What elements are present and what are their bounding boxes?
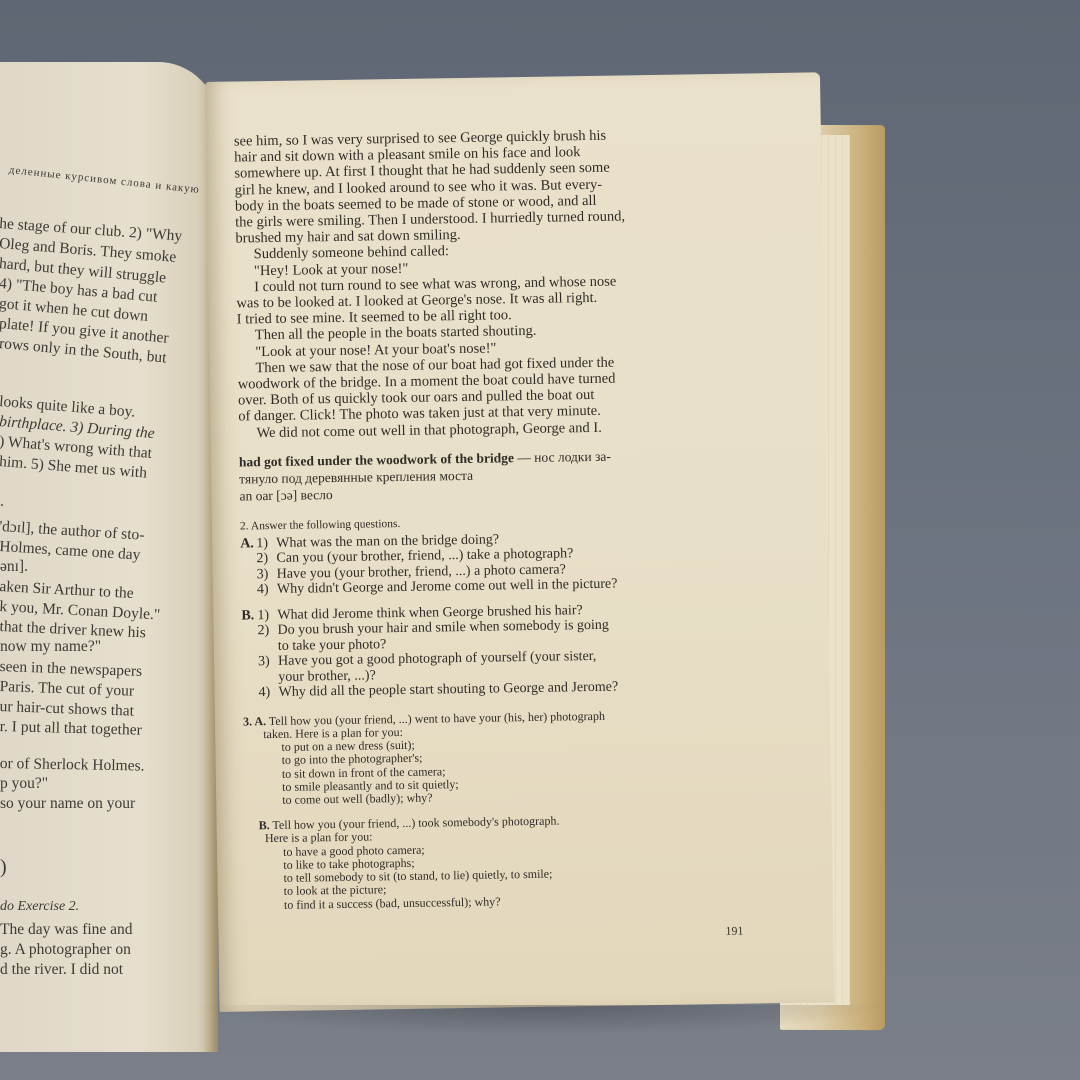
right-page-content: see him, so I was very surprised to see …: [234, 126, 726, 912]
exercise-2-section-a: A.1)What was the man on the bridge doing…: [240, 529, 721, 599]
left-line: so your name on your: [0, 794, 135, 814]
glossary-transcription: [ɔə]: [276, 487, 297, 502]
left-line: ): [0, 857, 7, 877]
glossary-word: an oar: [239, 488, 273, 504]
left-page: деленные курсивом слова и какую he stage…: [0, 62, 218, 1052]
left-line: The day was fine and: [0, 920, 133, 940]
question-number: 4): [258, 685, 278, 701]
question-number: 4): [257, 582, 277, 598]
question-number: 1): [257, 608, 277, 624]
left-line: .: [0, 492, 4, 512]
exercise-3a: 3. A. Tell how you (your friend, ...) we…: [243, 708, 724, 808]
glossary-word-translation: весло: [300, 487, 332, 503]
left-line: d the river. I did not: [0, 960, 123, 980]
glossary: had got fixed under the woodwork of the …: [239, 446, 720, 505]
section-label: A.: [240, 536, 256, 552]
left-line: ənɪ].: [0, 557, 28, 577]
right-page: see him, so I was very surprised to see …: [205, 72, 835, 1012]
left-line: r. I put all that together: [0, 717, 142, 741]
photo-scene: деленные курсивом слова и какую he stage…: [0, 0, 1080, 1080]
left-line: now my name?": [0, 637, 101, 657]
book-shadow: [190, 1005, 890, 1035]
question-number: 1): [256, 536, 276, 552]
glossary-phrase-translation: — нос лодки за-: [514, 449, 611, 466]
exercise-label: 3. A.: [243, 714, 266, 728]
left-line: p you?": [0, 774, 48, 794]
page-number: 191: [725, 924, 743, 939]
exercise-2-section-b: B.1)What did Jerome think when George br…: [241, 601, 722, 702]
section-label: B.: [241, 608, 257, 624]
question-number: 2): [258, 623, 278, 639]
story-text: see him, so I was very surprised to see …: [234, 126, 719, 441]
left-line: деленные курсивом слова и какую: [8, 160, 201, 200]
question-number: 2): [256, 551, 276, 567]
left-line: do Exercise 2.: [0, 897, 79, 917]
left-line: g. A photographer on: [0, 940, 131, 960]
question-number: 3): [257, 567, 277, 583]
exercise-label: B.: [259, 818, 270, 832]
exercise-3b: B. Tell how you (your friend, ...) took …: [245, 812, 726, 912]
question-number: 3): [258, 654, 278, 670]
